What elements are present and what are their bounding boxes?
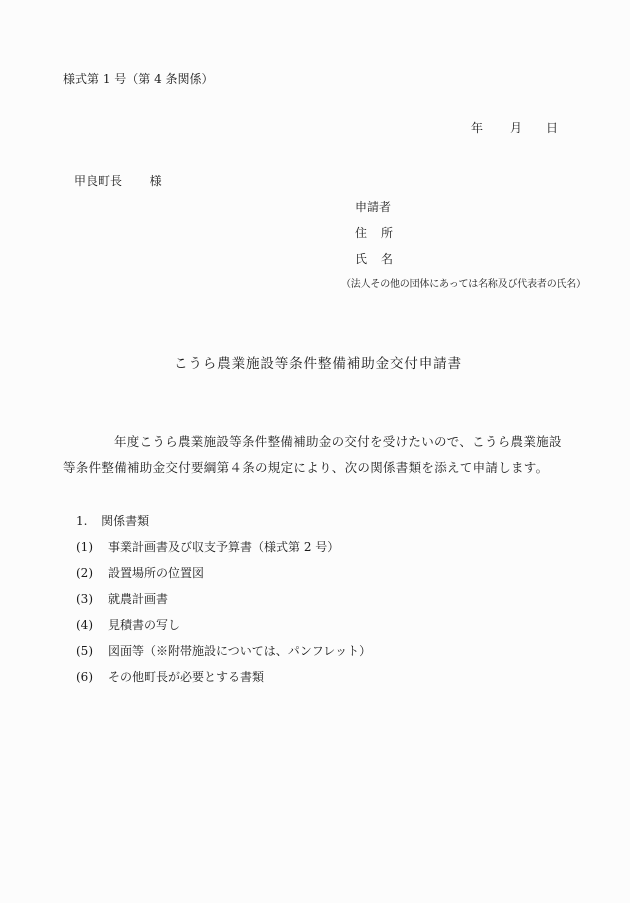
list-item: (3) 就農計画書 xyxy=(0,592,630,606)
address-label-char-1: 住 xyxy=(355,226,367,240)
list-item-number: (1) xyxy=(76,540,93,554)
list-item: (4) 見積書の写し xyxy=(0,618,630,632)
document-title: こうら農業施設等条件整備補助金交付申請書 xyxy=(174,356,462,372)
date-line: 年 月 日 xyxy=(0,121,630,135)
list-item-text: その他町長が必要とする書類 xyxy=(108,670,264,684)
list-item: (1) 事業計画書及び収支予算書（様式第 2 号） xyxy=(0,540,630,554)
section-title: 関係書類 xyxy=(101,514,149,528)
form-number: 様式第 1 号（第 4 条関係） xyxy=(63,72,214,86)
applicant-heading: 申請者 xyxy=(355,200,391,214)
date-month-label: 月 xyxy=(510,121,522,135)
body-line-2: 等条件整備補助金交付要綱第４条の規定により、次の関係書類を添えて申請します。 xyxy=(63,460,548,475)
document-page: 様式第 1 号（第 4 条関係） 年 月 日 甲良町長 様 申請者 住 所 氏 … xyxy=(0,0,630,903)
list-item-text: 設置場所の位置図 xyxy=(108,566,204,580)
date-year-label: 年 xyxy=(471,121,483,135)
name-label-char-2: 名 xyxy=(381,252,393,266)
list-item: (2) 設置場所の位置図 xyxy=(0,566,630,580)
list-item-number: (3) xyxy=(76,592,93,606)
applicant-name-label: 氏 名 xyxy=(355,252,415,266)
addressee: 甲良町長 様 xyxy=(74,174,162,188)
date-day-label: 日 xyxy=(546,121,558,135)
addressee-honorific: 様 xyxy=(150,174,162,188)
list-item-text: 図面等（※附帯施設については、パンフレット） xyxy=(108,644,371,658)
list-item-number: (2) xyxy=(76,566,93,580)
body-line-1: 年度こうら農業施設等条件整備補助金の交付を受けたいので、こうら農業施設 xyxy=(114,434,562,449)
list-item: (5) 図面等（※附帯施設については、パンフレット） xyxy=(0,644,630,658)
list-item-text: 見積書の写し xyxy=(108,618,180,632)
list-item-number: (4) xyxy=(76,618,93,632)
section-number: 1. xyxy=(76,514,87,528)
list-item-number: (6) xyxy=(76,670,93,684)
address-label-char-2: 所 xyxy=(381,226,393,240)
list-item-text: 就農計画書 xyxy=(108,592,168,606)
attachments-section-heading: 1. 関係書類 xyxy=(76,514,149,528)
list-item-text: 事業計画書及び収支予算書（様式第 2 号） xyxy=(108,540,339,554)
name-label-char-1: 氏 xyxy=(355,252,367,266)
addressee-name: 甲良町長 xyxy=(74,174,122,188)
applicant-note: （法人その他の団体にあっては名称及び代表者の氏名） xyxy=(341,279,586,291)
list-item-number: (5) xyxy=(76,644,93,658)
applicant-address-label: 住 所 xyxy=(355,226,415,240)
list-item: (6) その他町長が必要とする書類 xyxy=(0,670,630,684)
